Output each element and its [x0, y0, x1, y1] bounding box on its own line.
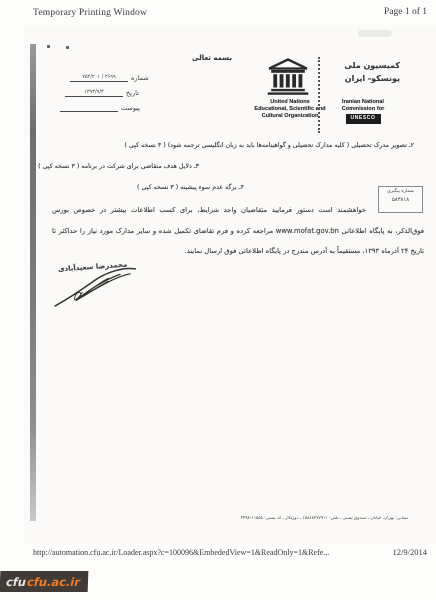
page-count: Page 1 of 1	[384, 7, 427, 17]
letter-body-paragraph: خواهشمند است دستور فرمایید متقاضیان واجد…	[52, 200, 424, 262]
unesco-logo-icon	[267, 57, 309, 102]
print-footer-date: 12/9/2014	[393, 547, 427, 557]
ref-date-value: ۱۳۹۳/۹/۳	[65, 89, 123, 97]
window-title: Temporary Printing Window	[33, 8, 147, 18]
scan-smudge	[358, 30, 392, 37]
scan-edge-artifact	[30, 44, 36, 521]
commission-fa-line: یونسکو- ایران	[326, 72, 400, 85]
requirement-item: ۴ـ برگه عدم سوء پیشینه ( ۳ نسخه کپی )	[137, 184, 244, 191]
staple-mark	[66, 46, 69, 49]
cfu-logo-text: cfu	[6, 575, 27, 589]
unesco-badge: UNESCO	[346, 114, 381, 124]
ref-attachment-label: پیوست	[121, 104, 140, 112]
ref-attachment-value	[60, 111, 118, 112]
commission-name-english: Iranian National Commission for UNESCO	[323, 99, 403, 124]
ref-date-label: تاریخ	[126, 89, 139, 97]
requirement-item: ۳ـ دلایل هدف متقاضی برای شرکت در برنامه …	[38, 163, 199, 170]
cfu-domain-text: cfu.ac.ir	[27, 575, 80, 589]
print-preview-page: Temporary Printing Window Page 1 of 1 بس…	[0, 0, 436, 600]
commission-fa-line: کمیسیون ملی	[326, 59, 400, 72]
ref-number-row: ۷۵۲/۲۰۱ / ۴۶۹۹ شماره	[70, 74, 149, 82]
letterhead-address-line: نشانی: تهران، خیابان ـ صندوق پستی ـ تلفن…	[62, 516, 408, 521]
ref-number-value: ۷۵۲/۲۰۱ / ۴۶۹۹	[70, 74, 128, 82]
print-footer-url: http://automation.cfu.ac.ir/Loader.aspx?…	[33, 548, 329, 557]
ref-number-label: شماره	[131, 74, 149, 82]
staple-mark	[47, 45, 50, 48]
commission-en-line: Commission for	[323, 106, 403, 113]
ref-attachment-row: پیوست	[60, 104, 140, 112]
cfu-watermark-badge: cfu cfu.ac.ir	[0, 571, 88, 592]
commission-name-farsi: کمیسیون ملی یونسکو- ایران	[326, 59, 400, 85]
letterhead-dotted-divider	[318, 57, 320, 133]
tracking-label: شماره پیگیری	[379, 187, 422, 196]
commission-en-line: Iranian National	[323, 99, 403, 106]
ref-date-row: ۱۳۹۳/۹/۳ تاریخ	[65, 89, 139, 97]
requirement-item: ۲ـ تصویر مدرک تحصیلی ( کلیه مدارک تحصیلی…	[124, 142, 414, 149]
besmeleh-text: بسمه تعالی	[192, 54, 232, 62]
